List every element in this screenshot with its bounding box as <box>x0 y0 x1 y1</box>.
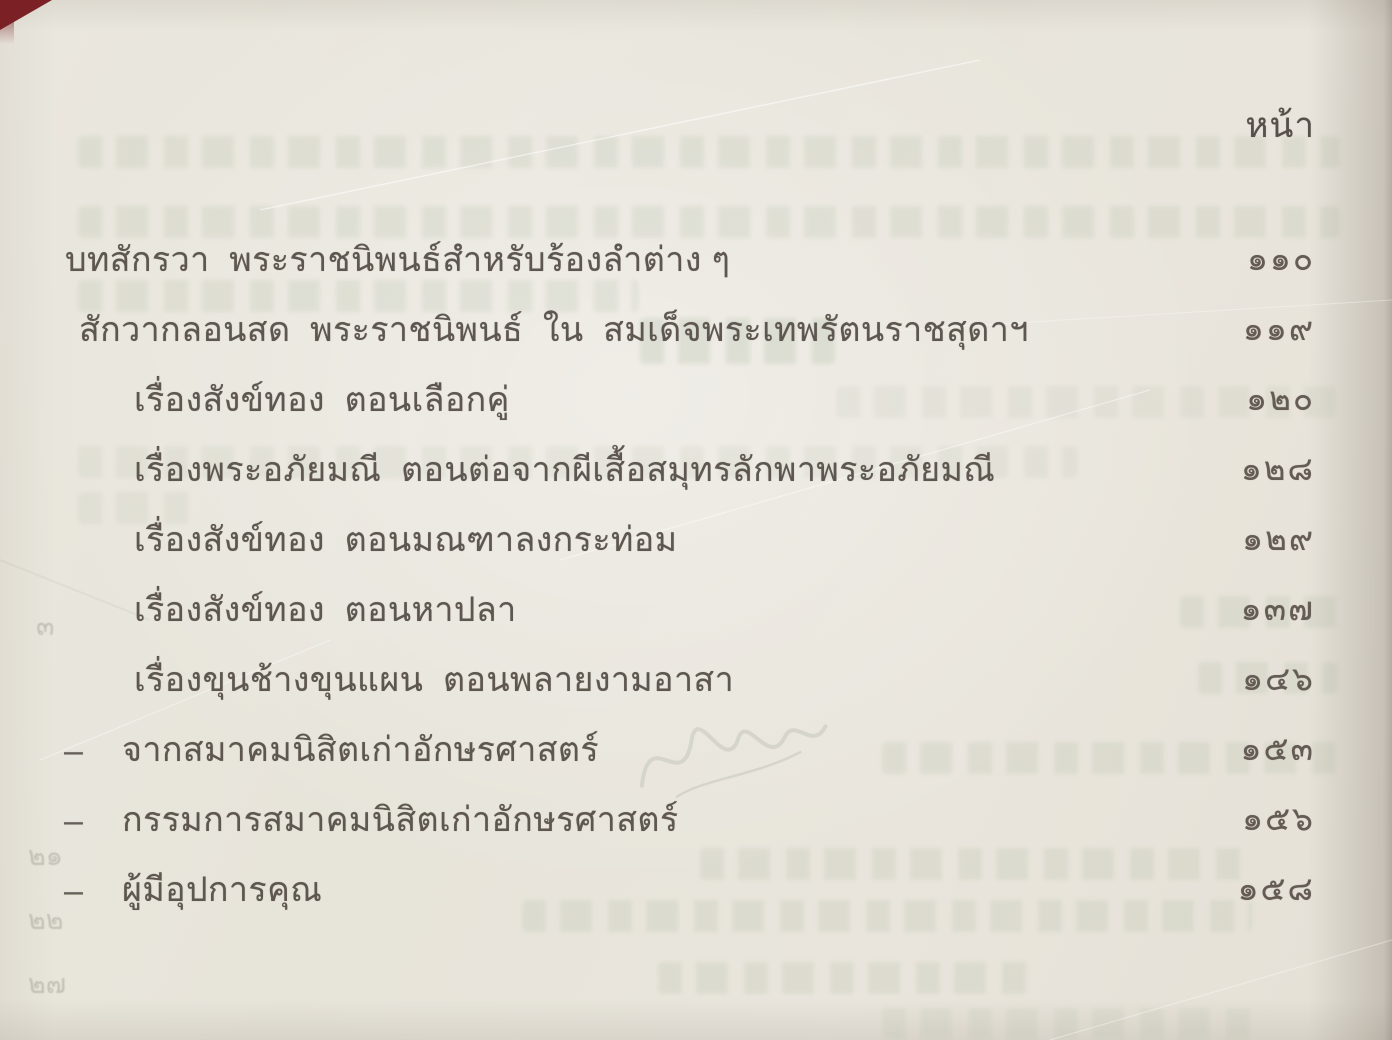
toc-entry-page-number: ๑๕๘ <box>1197 862 1315 915</box>
toc-row: สักวากลอนสด พระราชนิพนธ์ ใน สมเด็จพระเทพ… <box>0 302 1392 372</box>
toc-entry-page-number: ๑๕๓ <box>1197 722 1315 775</box>
toc-entry-dash: – <box>64 732 83 771</box>
toc-row: –จากสมาคมนิสิตเก่าอักษรศาสตร์๑๕๓ <box>0 722 1392 792</box>
toc-row: บทสักรวา พระราชนิพนธ์สำหรับร้องลำต่าง ๆ๑… <box>0 232 1392 302</box>
toc-entry-title: บทสักรวา พระราชนิพนธ์สำหรับร้องลำต่าง ๆ <box>65 232 730 286</box>
toc-row: เรื่องสังข์ทอง ตอนหาปลา๑๓๗ <box>0 582 1392 652</box>
toc-row: เรื่องพระอภัยมณี ตอนต่อจากผีเสื้อสมุทรลั… <box>0 442 1392 512</box>
pencil-mark: ๒๑ <box>28 834 63 877</box>
toc-entry-page-number: ๑๕๖ <box>1197 792 1315 845</box>
toc-entry-title: กรรมการสมาคมนิสิตเก่าอักษรศาสตร์ <box>122 792 679 846</box>
pencil-mark: ๓ <box>36 604 54 647</box>
toc-entry-dash: – <box>64 872 83 911</box>
toc-entry-title: สักวากลอนสด พระราชนิพนธ์ ใน สมเด็จพระเทพ… <box>79 302 1029 356</box>
toc-entry-title: เรื่องสังข์ทอง ตอนมณฑาลงกระท่อม <box>134 512 677 566</box>
page-column-header: หน้า <box>1055 98 1315 153</box>
table-of-contents: บทสักรวา พระราชนิพนธ์สำหรับร้องลำต่าง ๆ๑… <box>0 232 1392 932</box>
toc-entry-title: จากสมาคมนิสิตเก่าอักษรศาสตร์ <box>122 722 599 776</box>
toc-entry-page-number: ๑๑๐ <box>1197 232 1315 285</box>
toc-entry-title: ผู้มีอุปการคุณ <box>122 862 322 916</box>
toc-entry-title: เรื่องสังข์ทอง ตอนหาปลา <box>134 582 517 636</box>
toc-entry-title: เรื่องสังข์ทอง ตอนเลือกคู่ <box>134 372 510 426</box>
toc-row: –ผู้มีอุปการคุณ๑๕๘ <box>0 862 1392 932</box>
toc-entry-page-number: ๑๑๙ <box>1197 302 1315 355</box>
toc-entry-page-number: ๑๒๙ <box>1197 512 1315 565</box>
pencil-mark: ๒๒ <box>28 898 64 941</box>
toc-row: เรื่องสังข์ทอง ตอนเลือกคู่๑๒๐ <box>0 372 1392 442</box>
toc-entry-page-number: ๑๓๗ <box>1197 582 1315 635</box>
toc-entry-title: เรื่องพระอภัยมณี ตอนต่อจากผีเสื้อสมุทรลั… <box>134 442 995 496</box>
toc-row: –กรรมการสมาคมนิสิตเก่าอักษรศาสตร์๑๕๖ <box>0 792 1392 862</box>
pencil-mark: ๒๗ <box>28 962 66 1005</box>
toc-entry-page-number: ๑๒๘ <box>1197 442 1315 495</box>
toc-entry-page-number: ๑๒๐ <box>1197 372 1315 425</box>
toc-row: เรื่องสังข์ทอง ตอนมณฑาลงกระท่อม๑๒๙ <box>0 512 1392 582</box>
toc-entry-dash: – <box>64 802 83 841</box>
toc-entry-page-number: ๑๔๖ <box>1197 652 1315 705</box>
toc-entry-title: เรื่องขุนช้างขุนแผน ตอนพลายงามอาสา <box>134 652 734 706</box>
book-cover-corner-edge <box>0 0 14 44</box>
toc-row: เรื่องขุนช้างขุนแผน ตอนพลายงามอาสา๑๔๖ <box>0 652 1392 722</box>
